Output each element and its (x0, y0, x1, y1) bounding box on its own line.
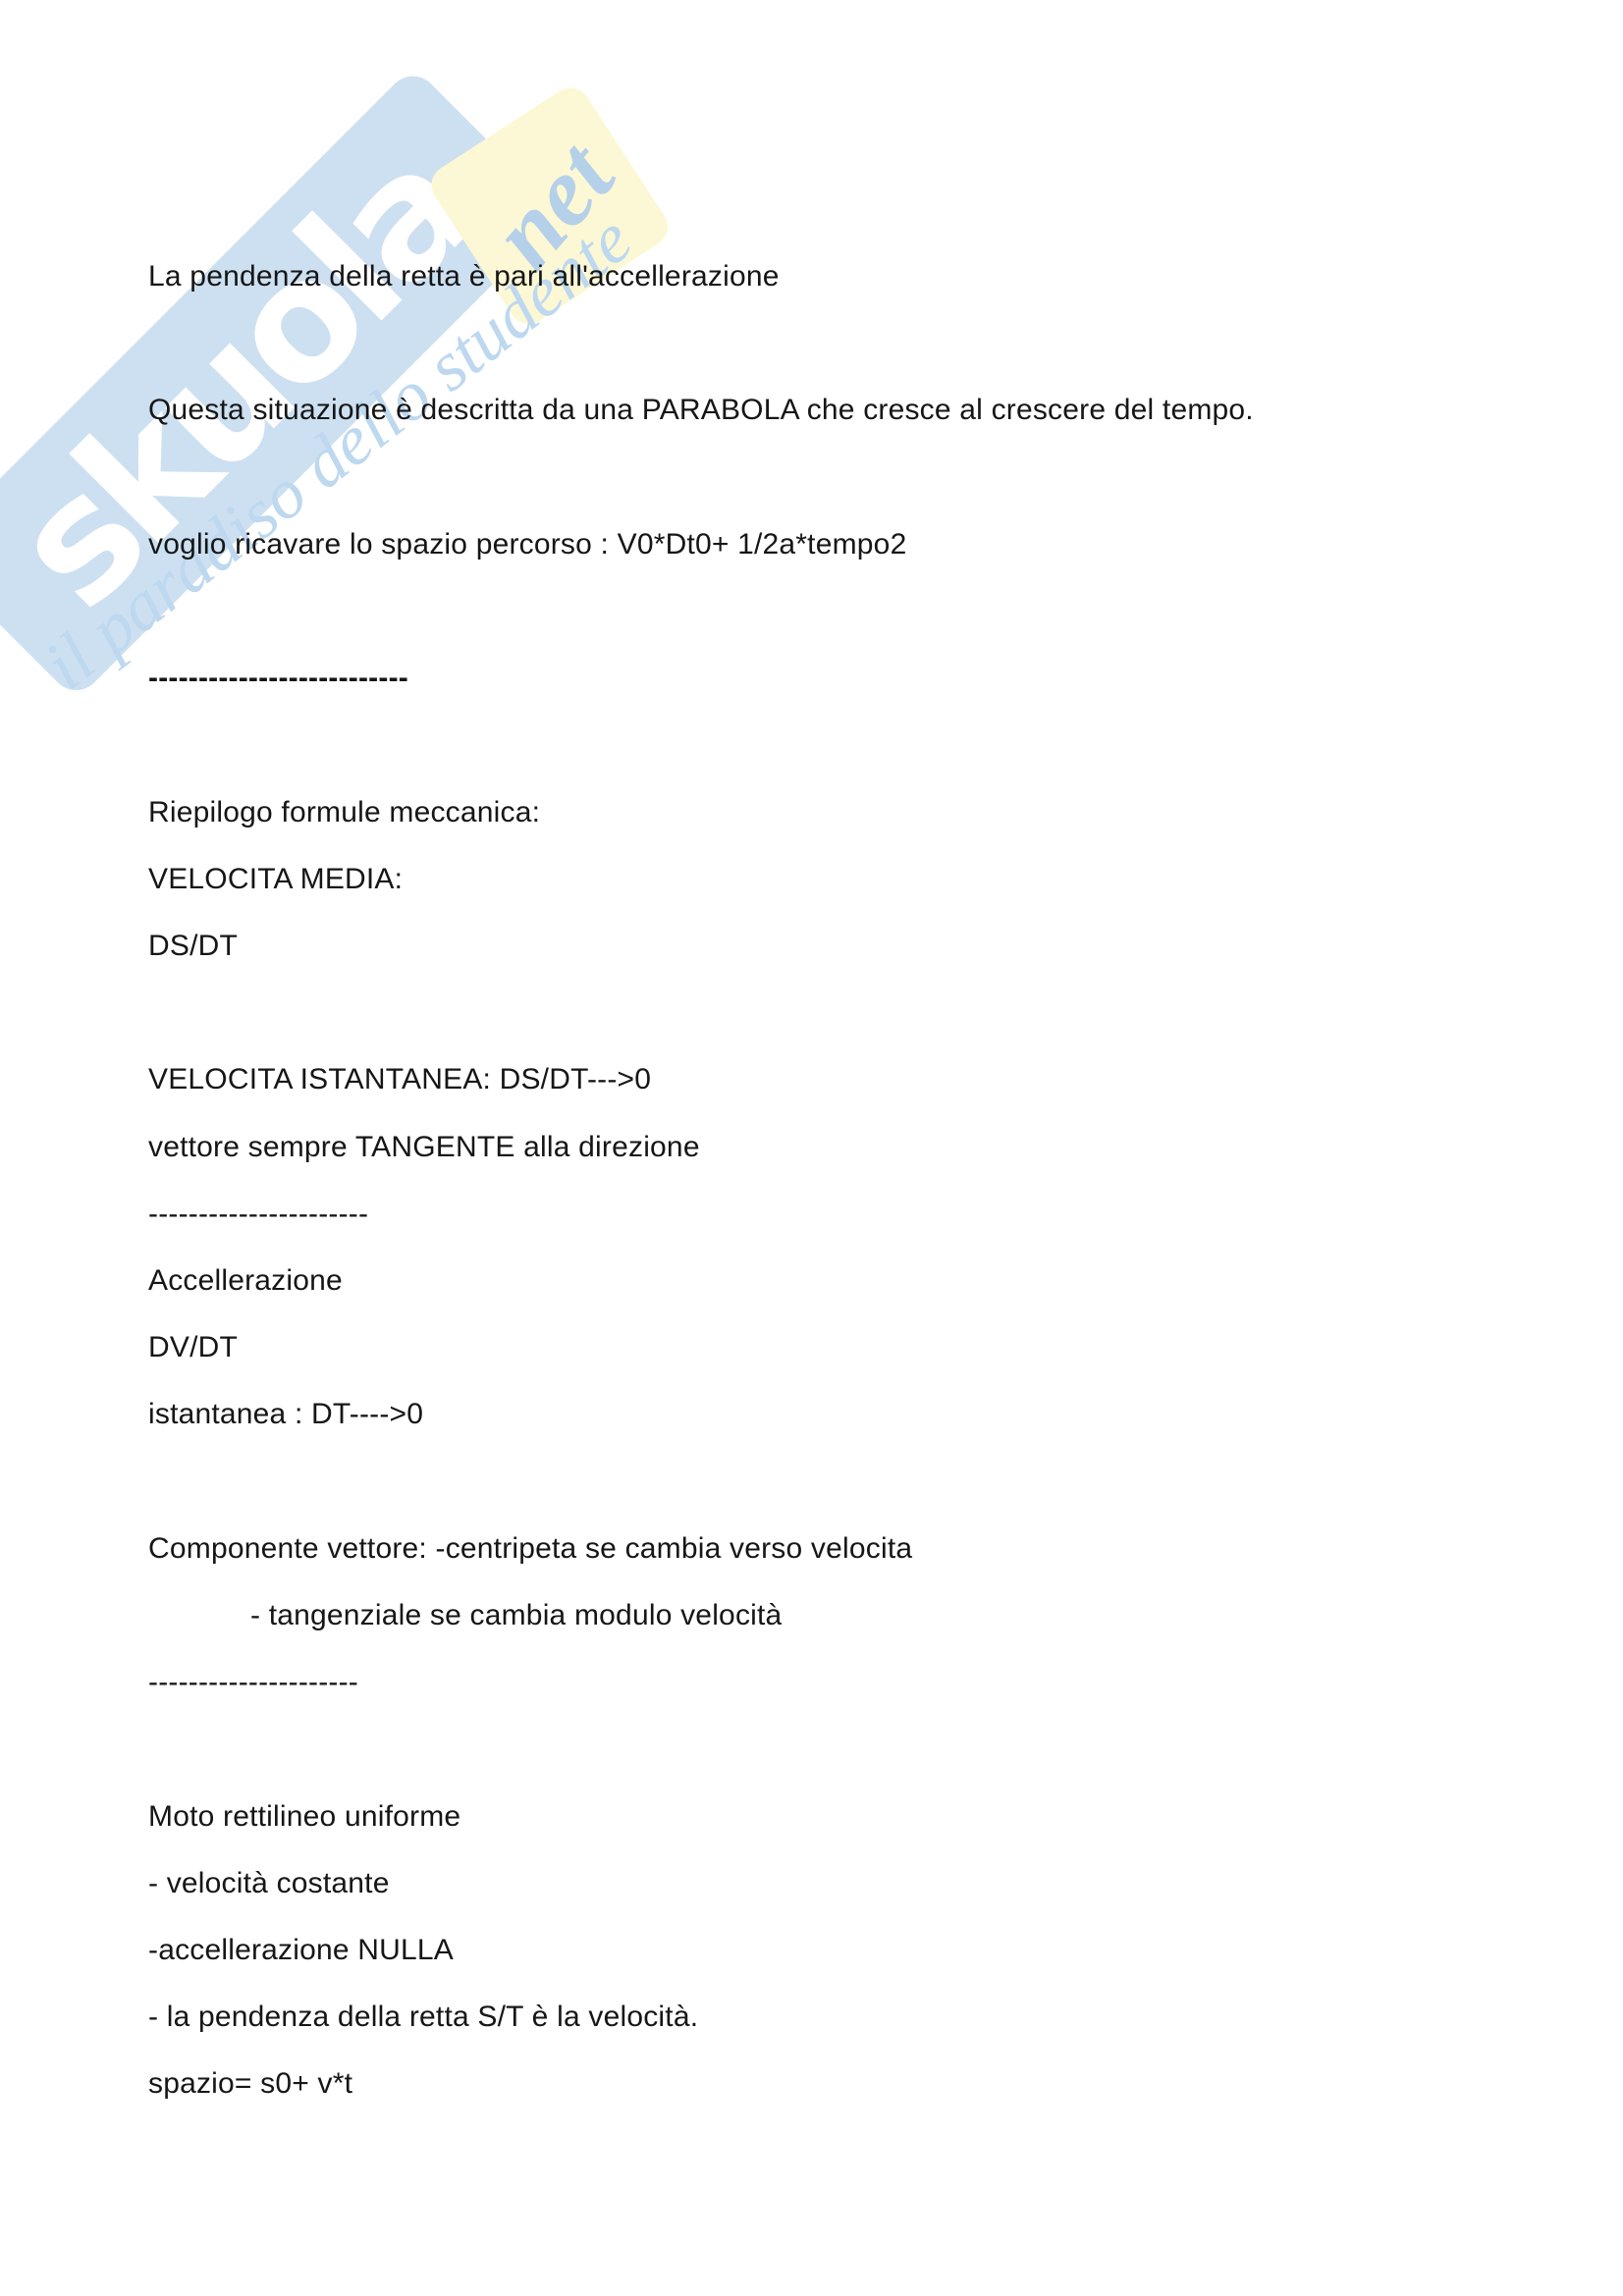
text-line: - la pendenza della retta S/T è la veloc… (148, 1984, 1564, 2051)
text-line: VELOCITA ISTANTANEA: DS/DT--->0 (148, 1046, 1564, 1113)
text-line: Moto rettilineo uniforme (148, 1784, 1564, 1850)
text-line: ---------------------- (148, 1181, 1564, 1248)
text-line: vettore sempre TANGENTE alla direzione (148, 1114, 1564, 1181)
text-line: - velocità costante (148, 1850, 1564, 1917)
text-line: --------------------- (148, 1649, 1564, 1716)
text-line (148, 445, 1564, 511)
text-line: DV/DT (148, 1314, 1564, 1381)
text-line: VELOCITA MEDIA: (148, 846, 1564, 913)
text-line: - tangenziale se cambia modulo velocità (148, 1582, 1564, 1649)
text-line: La pendenza della retta è pari all'accel… (148, 243, 1564, 310)
text-line: voglio ricavare lo spazio percorso : V0*… (148, 511, 1564, 578)
text-line (148, 310, 1564, 377)
text-line (148, 1716, 1564, 1783)
text-line: Componente vettore: -centripeta se cambi… (148, 1516, 1564, 1582)
text-line: spazio= s0+ v*t (148, 2051, 1564, 2117)
text-line: -------------------------- (148, 645, 1564, 712)
text-line (148, 712, 1564, 778)
text-line: istantanea : DT---->0 (148, 1381, 1564, 1448)
text-line: -accellerazione NULLA (148, 1917, 1564, 1984)
text-line (148, 980, 1564, 1046)
text-line: Questa situazione è descritta da una PAR… (148, 377, 1564, 444)
text-line (148, 1449, 1564, 1516)
text-line: DS/DT (148, 913, 1564, 980)
text-line: Accellerazione (148, 1248, 1564, 1314)
text-line: Riepilogo formule meccanica: (148, 779, 1564, 846)
document-body: La pendenza della retta è pari all'accel… (0, 0, 1623, 2296)
text-line (148, 578, 1564, 645)
